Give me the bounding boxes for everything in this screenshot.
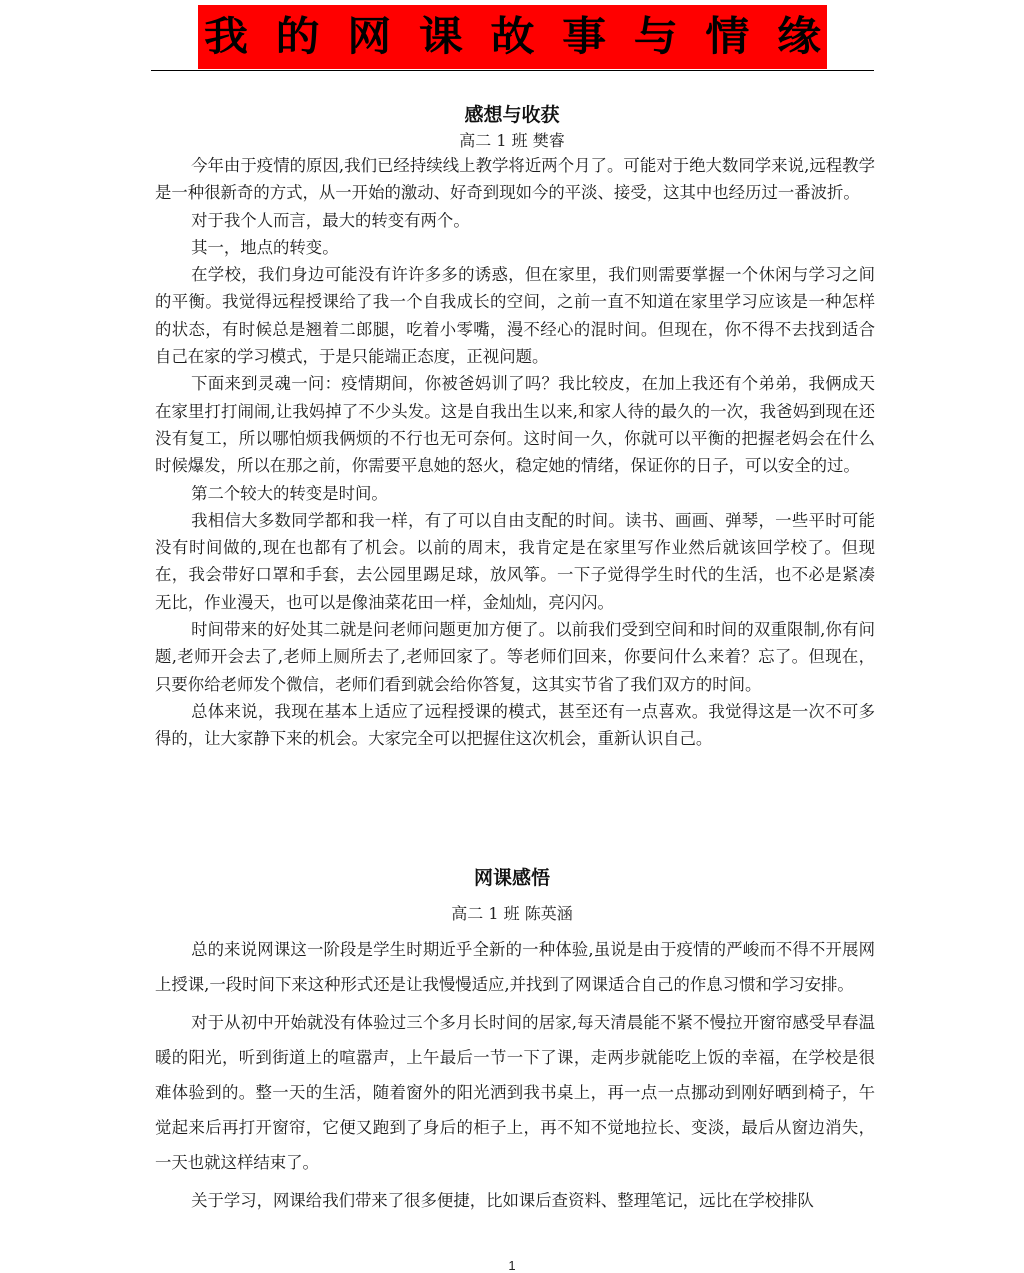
paragraph: 其一，地点的转变。 bbox=[155, 234, 875, 261]
paragraph: 对于从初中开始就没有体验过三个多月长时间的居家,每天清晨能不紧不慢拉开窗帘感受早… bbox=[155, 1005, 875, 1180]
banner-char: 缘 bbox=[777, 17, 821, 57]
banner-char: 我 bbox=[204, 17, 248, 57]
paragraph: 在学校，我们身边可能没有许许多多的诱惑，但在家里，我们则需要掌握一个休闲与学习之… bbox=[155, 261, 875, 370]
paragraph: 今年由于疫情的原因,我们已经持续线上教学将近两个月了。可能对于绝大数同学来说,远… bbox=[155, 152, 875, 207]
paragraph: 我相信大多数同学都和我一样，有了可以自由支配的时间。读书、画画、弹琴，一些平时可… bbox=[155, 507, 875, 616]
section-title: 网课感悟 bbox=[0, 863, 1024, 890]
paragraph: 下面来到灵魂一问：疫情期间，你被爸妈训了吗？我比较皮，在加上我还有个弟弟，我俩成… bbox=[155, 370, 875, 479]
paragraph: 对于我个人而言，最大的转变有两个。 bbox=[155, 207, 875, 234]
section-body: 总的来说网课这一阶段是学生时期近乎全新的一种体验,虽说是由于疫情的严峻而不得不开… bbox=[155, 932, 875, 1221]
title-banner: 我 的 网 课 故 事 与 情 缘 bbox=[198, 5, 827, 69]
banner-char: 与 bbox=[634, 17, 678, 57]
banner-char: 网 bbox=[347, 17, 391, 57]
paragraph: 关于学习，网课给我们带来了很多便捷，比如课后查资料、整理笔记，远比在学校排队 bbox=[155, 1183, 875, 1218]
banner-char: 的 bbox=[276, 17, 320, 57]
banner-char: 事 bbox=[562, 17, 606, 57]
paragraph: 第二个较大的转变是时间。 bbox=[155, 480, 875, 507]
paragraph: 总体来说，我现在基本上适应了远程授课的模式，甚至还有一点喜欢。我觉得这是一次不可… bbox=[155, 698, 875, 753]
section-title: 感想与收获 bbox=[0, 100, 1024, 127]
banner-char: 课 bbox=[419, 17, 463, 57]
section-body: 今年由于疫情的原因,我们已经持续线上教学将近两个月了。可能对于绝大数同学来说,远… bbox=[155, 152, 875, 753]
paragraph: 总的来说网课这一阶段是学生时期近乎全新的一种体验,虽说是由于疫情的严峻而不得不开… bbox=[155, 932, 875, 1002]
page-number: 1 bbox=[0, 1258, 1024, 1273]
header-divider bbox=[151, 70, 874, 71]
section-byline: 高二 1 班 陈英涵 bbox=[0, 901, 1024, 924]
banner-char: 故 bbox=[491, 17, 535, 57]
section-byline: 高二 1 班 樊睿 bbox=[0, 128, 1024, 151]
banner-char: 情 bbox=[705, 17, 749, 57]
paragraph: 时间带来的好处其二就是问老师问题更加方便了。以前我们受到空间和时间的双重限制,你… bbox=[155, 616, 875, 698]
